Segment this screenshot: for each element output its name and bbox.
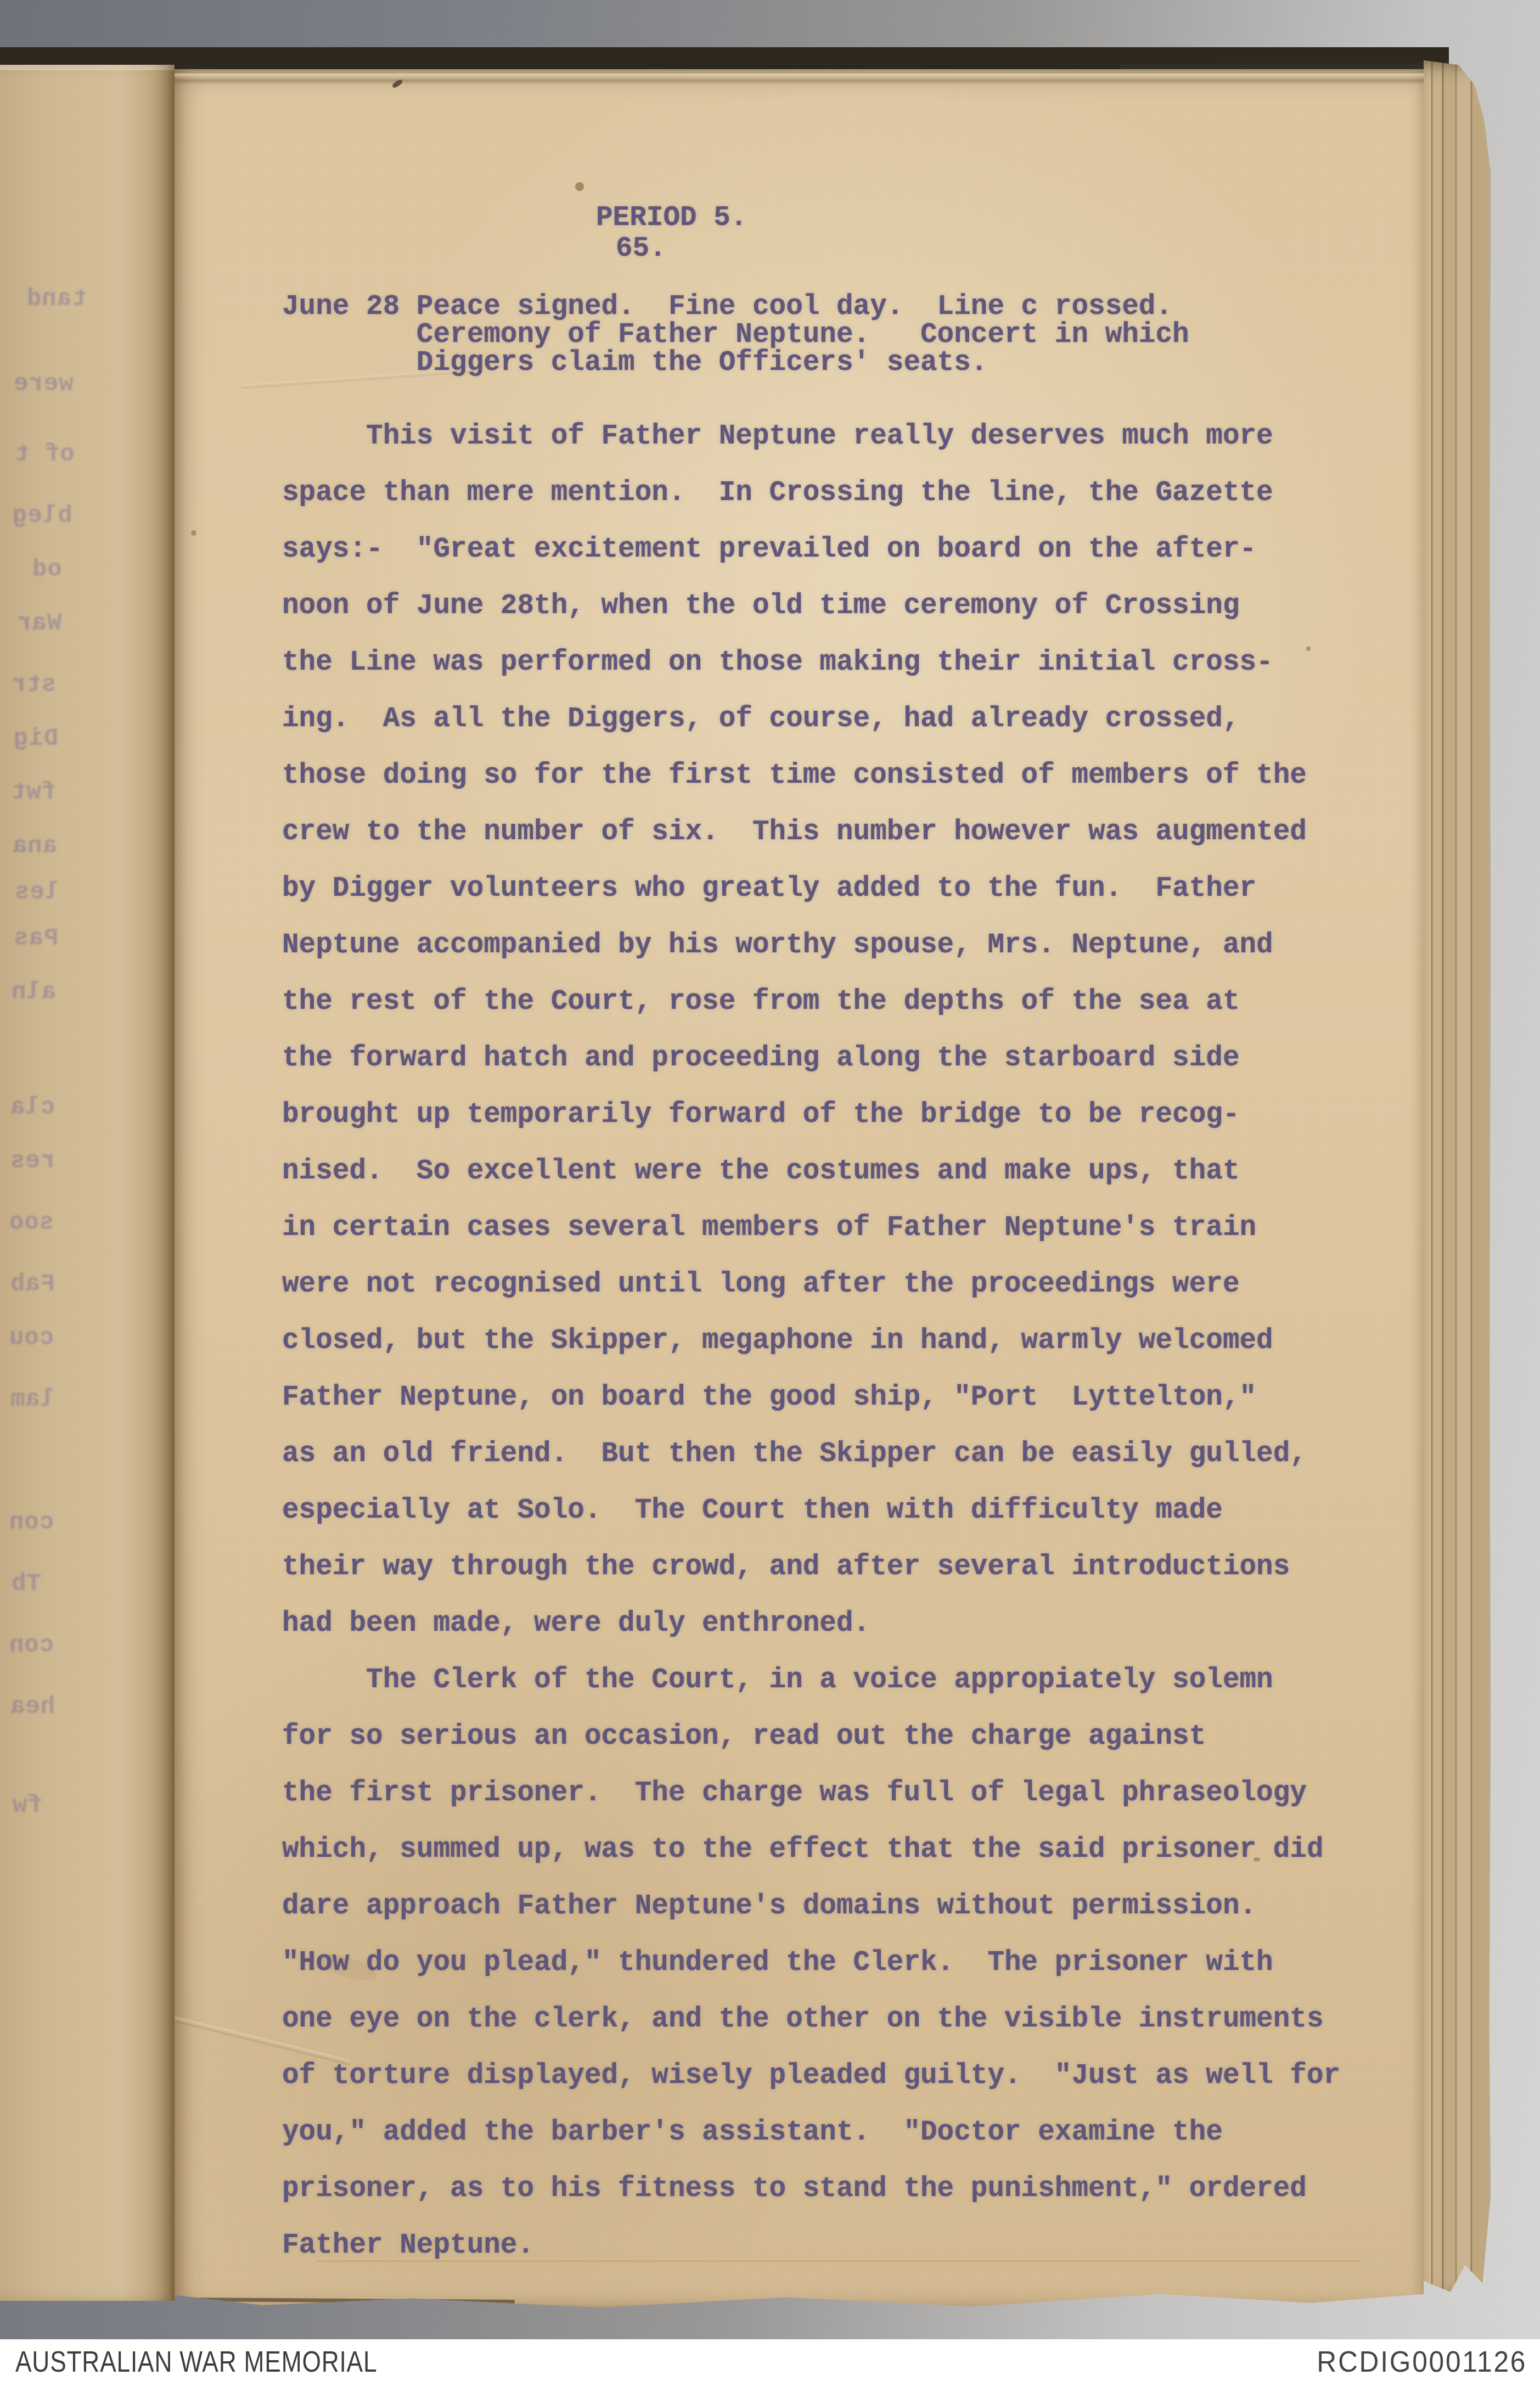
ghost-text-fragment: of t — [14, 442, 75, 467]
faint-rule-line — [317, 2260, 1360, 2262]
diary-body-text: This visit of Father Neptune really dese… — [282, 408, 1340, 2274]
ghost-text-fragment: soo — [9, 1211, 54, 1235]
ghost-text-fragment: Dig — [13, 727, 58, 751]
ghost-text-fragment: con — [9, 1510, 54, 1535]
page-stack-edge — [1424, 60, 1491, 2296]
page-number: 65. — [616, 234, 666, 265]
ghost-text-fragment: aln — [11, 980, 56, 1004]
ghost-text-fragment: lam — [10, 1388, 55, 1412]
ghost-text-fragment: fw — [12, 1794, 42, 1818]
paper-speck — [191, 530, 196, 536]
ghost-text-fragment: str — [11, 673, 56, 697]
ghost-text-fragment: War — [16, 611, 61, 636]
ghost-text-fragment: od — [32, 558, 62, 582]
ghost-text-fragment: tand — [26, 287, 87, 311]
ghost-text-fragment: les — [14, 880, 59, 905]
ghost-text-fragment: bleg — [12, 504, 72, 528]
ghost-text-fragment: cla — [10, 1096, 55, 1120]
page-top-curl-highlight — [175, 74, 1424, 85]
ghost-text-fragment: were — [13, 372, 74, 396]
archive-name: AUSTRALIAN WAR MEMORIAL — [15, 2339, 377, 2381]
reference-number: RCDIG0001126 — [1317, 2339, 1527, 2381]
ghost-text-fragment: res — [10, 1149, 55, 1173]
ghost-text-fragment: Pas — [13, 926, 58, 951]
footer-bar: AUSTRALIAN WAR MEMORIAL RCDIG0001126 — [0, 2339, 1540, 2381]
ghost-text-fragment: con — [9, 1633, 54, 1658]
paper-speck — [575, 182, 584, 191]
ghost-text-fragment: cou — [9, 1326, 54, 1350]
ghost-text-fragment: Fab — [10, 1272, 55, 1296]
diary-page: PERIOD 5. 65. June 28 Peace signed. Fine… — [175, 69, 1424, 2310]
ghost-text-fragment: hea — [10, 1695, 55, 1719]
ghost-text-fragment: fwt — [11, 780, 56, 805]
scanned-document-page: tandwereof tblegodWarstrDigfwtanalesPasa… — [0, 0, 1540, 2381]
ghost-text-fragment: ana — [12, 834, 57, 858]
ghost-text-fragment: Tb — [11, 1572, 41, 1596]
diary-entry-summary: June 28 Peace signed. Fine cool day. Lin… — [282, 293, 1189, 377]
period-heading: PERIOD 5. — [596, 203, 747, 234]
previous-page-edge: tandwereof tblegodWarstrDigfwtanalesPasa… — [0, 65, 175, 2301]
